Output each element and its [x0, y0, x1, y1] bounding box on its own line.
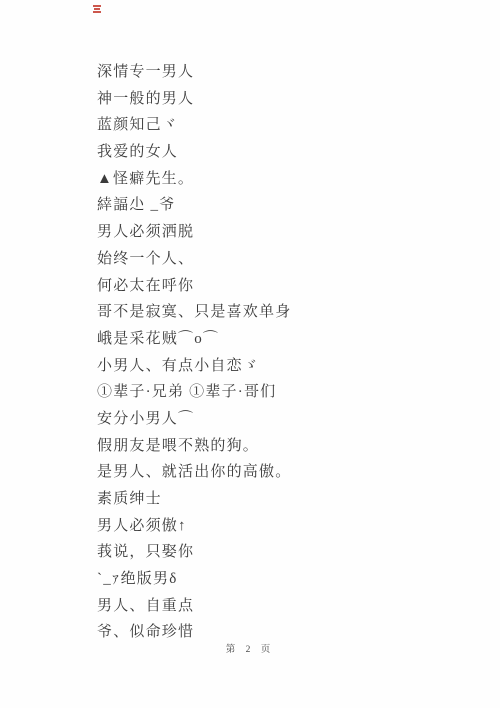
document-page: 深情专一男人 神一般的男人 蓝颜知己ヾ 我爱的女人 ▲怪癖先生。 緈諨尐 _爷 …	[0, 0, 500, 708]
text-line: 男人必须洒脱	[97, 219, 457, 246]
text-line: 小男人、有点小自恋ゞ	[97, 353, 457, 380]
text-line: ①辈子·兄弟 ①辈子·哥们	[97, 379, 457, 406]
text-line: 何必太在呼你	[97, 273, 457, 300]
text-line: 哥不是寂寞、只是喜欢单身	[97, 299, 457, 326]
text-line: 我爱的女人	[97, 139, 457, 166]
text-line: 素质绅士	[97, 486, 457, 513]
text-column: 深情专一男人 神一般的男人 蓝颜知己ヾ 我爱的女人 ▲怪癖先生。 緈諨尐 _爷 …	[97, 59, 457, 646]
text-line: 假朋友是喂不熟的狗。	[97, 433, 457, 460]
text-line: ▲怪癖先生。	[97, 166, 457, 193]
text-line: 峨是采花贼⌒o⌒	[97, 326, 457, 353]
text-line: 莪说，只娶你	[97, 539, 457, 566]
page-number: 第 2 页	[0, 641, 500, 655]
text-line: 是男人、就活出你的高傲。	[97, 459, 457, 486]
red-speck-artifact	[93, 4, 101, 13]
text-line: 男人必须傲↑	[97, 513, 457, 540]
text-line: 緈諨尐 _爷	[97, 192, 457, 219]
text-line: `_ｧ绝版男δ	[97, 566, 457, 593]
text-line: 神一般的男人	[97, 86, 457, 113]
text-line: 深情专一男人	[97, 59, 457, 86]
text-line: 始终一个人、	[97, 246, 457, 273]
text-line: 男人、自重点	[97, 593, 457, 620]
text-line: 安分小男人⌒	[97, 406, 457, 433]
text-line: 蓝颜知己ヾ	[97, 112, 457, 139]
